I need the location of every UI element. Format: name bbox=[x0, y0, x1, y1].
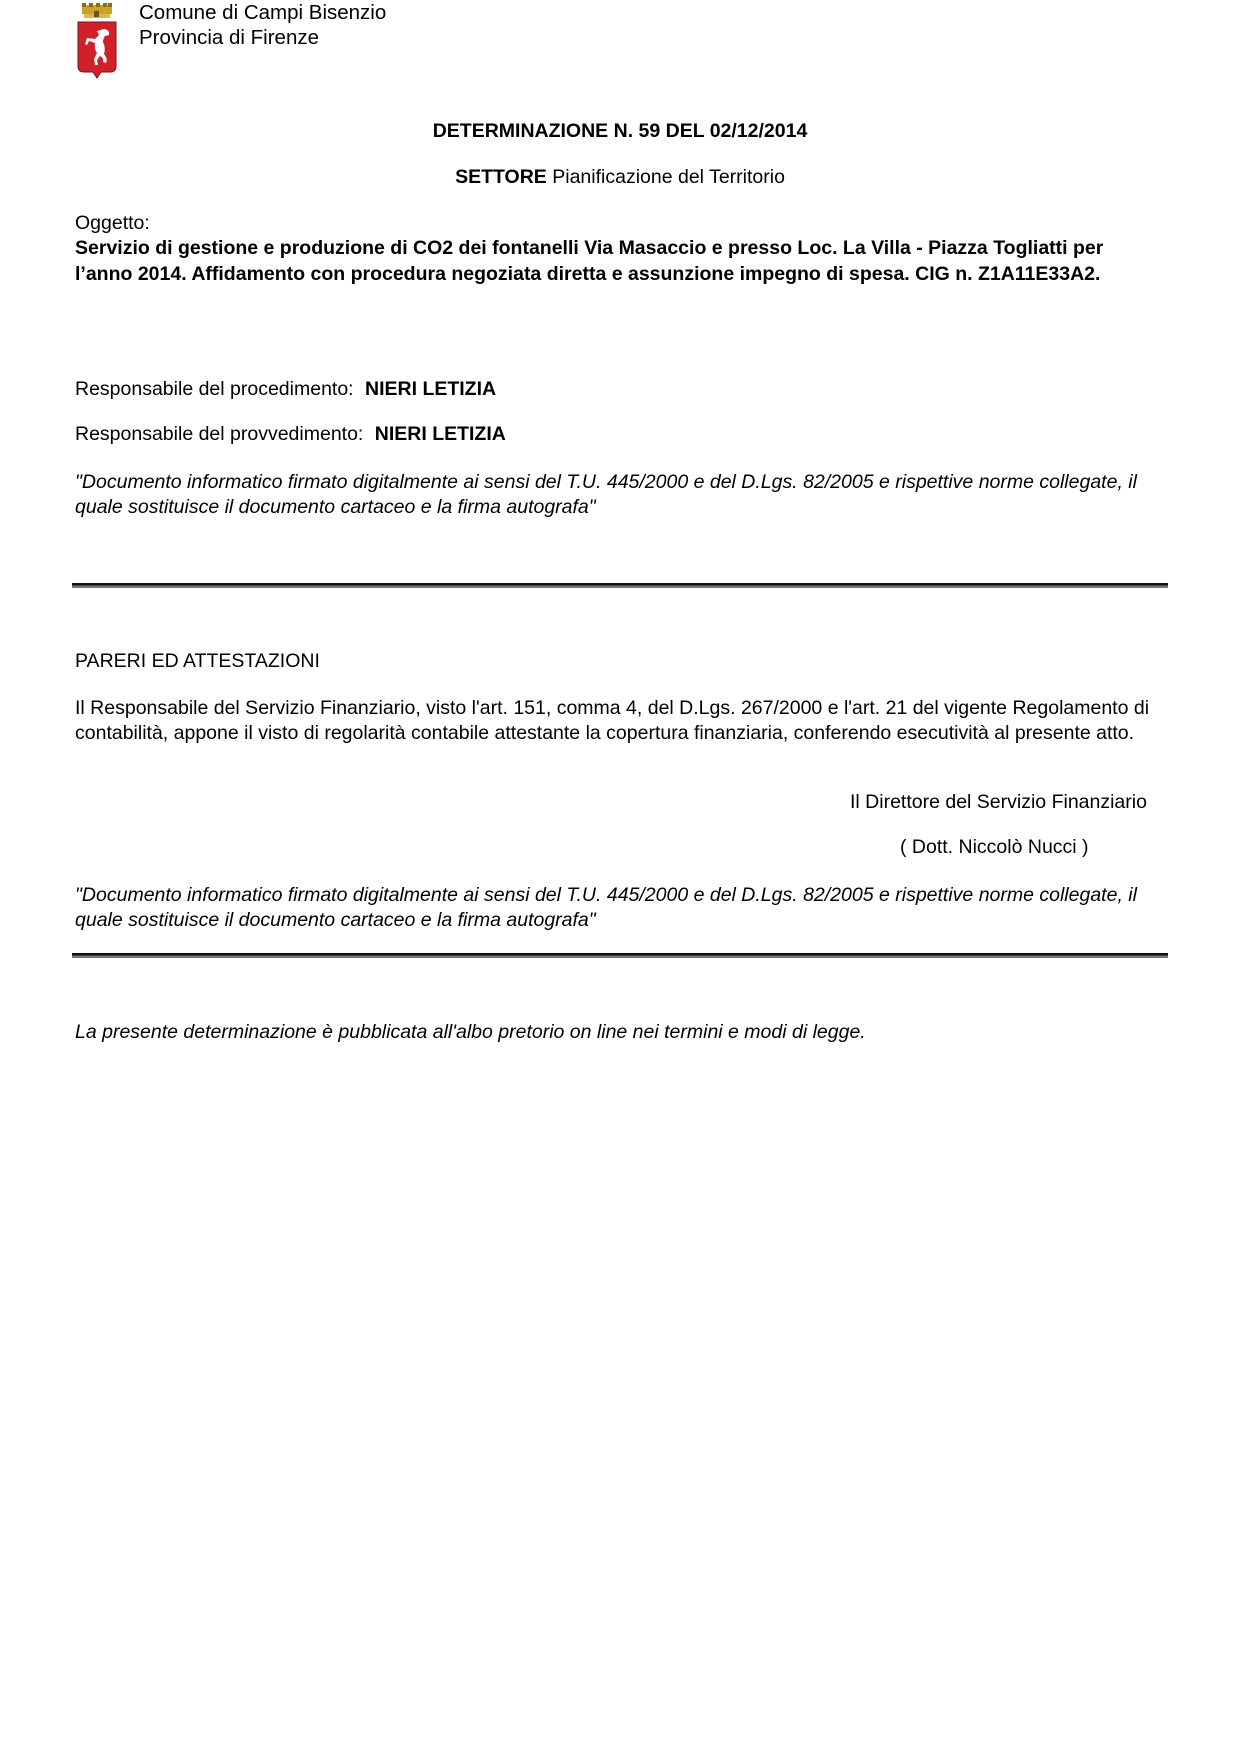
digital-signature-note: "Documento informatico firmato digitalme… bbox=[75, 470, 1175, 520]
digital-signature-note-2: "Documento informatico firmato digitalme… bbox=[75, 883, 1175, 933]
measure-manager: Responsabile del provvedimento: NIERI LE… bbox=[75, 423, 1175, 446]
procedure-manager: Responsabile del procedimento: NIERI LET… bbox=[75, 378, 1175, 401]
signer-name: ( Dott. Niccolò Nucci ) bbox=[900, 836, 1089, 859]
publication-note: La presente determinazione è pubblicata … bbox=[75, 1021, 1175, 1044]
procedure-manager-label: Responsabile del procedimento: bbox=[75, 378, 354, 400]
section-divider-2 bbox=[72, 953, 1168, 958]
municipality-name: Comune di Campi Bisenzio bbox=[139, 0, 386, 25]
measure-manager-label: Responsabile del provvedimento: bbox=[75, 423, 363, 445]
signer-role: Il Direttore del Servizio Finanziario bbox=[850, 791, 1147, 814]
sector-label: SETTORE bbox=[455, 166, 547, 188]
sector-value: Pianificazione del Territorio bbox=[552, 166, 785, 188]
opinions-heading: PARERI ED ATTESTAZIONI bbox=[75, 650, 1175, 673]
document-title: DETERMINAZIONE N. 59 DEL 02/12/2014 bbox=[0, 120, 1240, 143]
crown-icon bbox=[82, 3, 112, 18]
procedure-manager-value: NIERI LETIZIA bbox=[365, 378, 496, 400]
province-name: Provincia di Firenze bbox=[139, 25, 386, 50]
opinions-text: Il Responsabile del Servizio Finanziario… bbox=[75, 696, 1175, 746]
sector-line: SETTORE Pianificazione del Territorio bbox=[0, 166, 1240, 189]
section-divider bbox=[72, 583, 1168, 588]
municipality-header: Comune di Campi Bisenzio Provincia di Fi… bbox=[139, 0, 386, 50]
measure-manager-value: NIERI LETIZIA bbox=[375, 423, 506, 445]
subject-label: Oggetto: bbox=[75, 212, 1175, 235]
coat-of-arms-icon bbox=[74, 2, 120, 80]
subject-text: Servizio di gestione e produzione di CO2… bbox=[75, 235, 1115, 287]
